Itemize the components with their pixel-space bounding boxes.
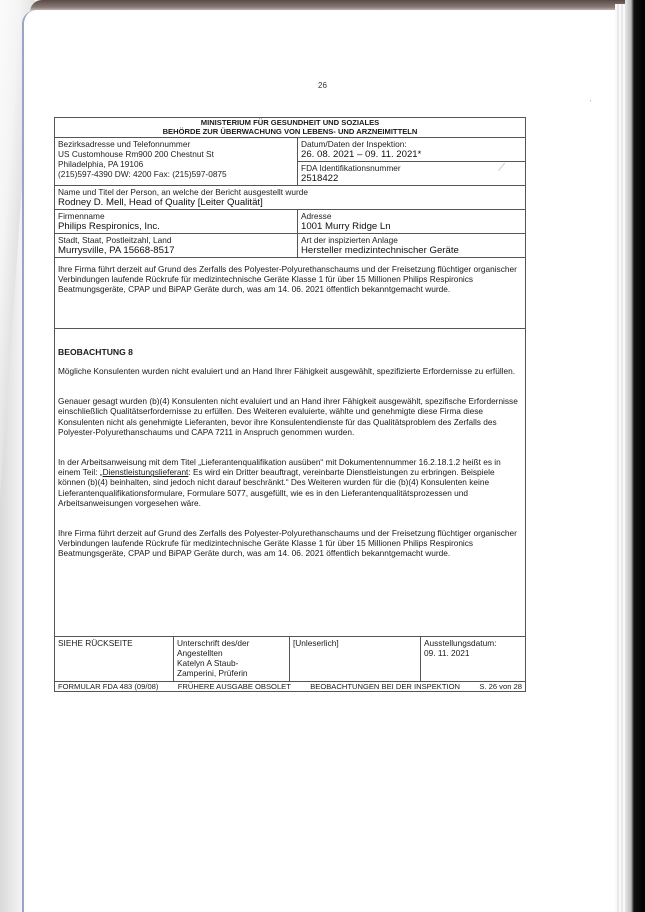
city-label: Stadt, Staat, Postleitzahl, Land — [58, 235, 294, 245]
employee-cell: Unterschrift des/der Angestellten Kately… — [174, 637, 290, 681]
recipient-cell: Name und Titel der Person, an welche der… — [55, 186, 525, 209]
district-line-2: Philadelphia, PA 19106 — [58, 159, 294, 169]
obsolete-notice: FRÜHERE AUSGABE OBSOLET — [178, 682, 291, 691]
district-label: Bezirksadresse und Telefonnummer — [58, 139, 294, 149]
firm-cell: Firmenname Philips Respironics, Inc. — [55, 210, 298, 233]
observation-title: BEOBACHTUNG 8 — [58, 347, 522, 357]
fda-483-form: MINISTERIUM FÜR GESUNDHEIT UND SOZIALES … — [54, 117, 526, 692]
district-row: Bezirksadresse und Telefonnummer US Cust… — [55, 138, 525, 186]
recipient-row: Name und Titel der Person, an welche der… — [55, 186, 525, 210]
address-label: Adresse — [301, 211, 522, 221]
signature-value: [Unleserlich] — [293, 638, 417, 648]
employee-label-1: Unterschrift des/der — [177, 638, 286, 648]
signature-row: SIEHE RÜCKSEITE Unterschrift des/der Ang… — [55, 637, 525, 682]
fda-id-label: FDA Identifikationsnummer — [301, 163, 522, 173]
issue-date-value: 09. 11. 2021 — [424, 648, 522, 658]
inspection-info-cell: Datum/Daten der Inspektion: 26. 08. 2021… — [298, 138, 525, 185]
scan-mark: ' — [590, 100, 591, 107]
facility-type-label: Art der inspizierten Anlage — [301, 235, 522, 245]
district-line-1: US Customhouse Rm900 200 Chestnut St — [58, 149, 294, 159]
district-address-cell: Bezirksadresse und Telefonnummer US Cust… — [55, 138, 298, 185]
signature-cell: [Unleserlich] — [290, 637, 421, 681]
observation-paragraph-1: Mögliche Konsulenten wurden nicht evalui… — [58, 366, 522, 376]
facility-type-value: Hersteller medizintechnischer Geräte — [301, 245, 522, 256]
address-value: 1001 Murry Ridge Ln — [301, 221, 522, 232]
binding-shadow — [625, 0, 645, 912]
intro-paragraph: Ihre Firma führt derzeit auf Grund des Z… — [55, 258, 525, 329]
firm-label: Firmenname — [58, 211, 294, 221]
observation-paragraph-2: Genauer gesagt wurden (b)(4) Konsulenten… — [58, 396, 522, 437]
form-footer: FORMULAR FDA 483 (09/08) FRÜHERE AUSGABE… — [55, 682, 525, 691]
firm-value: Philips Respironics, Inc. — [58, 221, 294, 232]
employee-name-1: Katelyn A Staub- — [177, 658, 286, 668]
footer-page: S. 26 von 28 — [479, 682, 522, 691]
observation-paragraph-4: Ihre Firma führt derzeit auf Grund des Z… — [58, 528, 522, 559]
recipient-value: Rodney D. Mell, Head of Quality [Leiter … — [58, 197, 522, 208]
city-value: Murrysville, PA 15668-8517 — [58, 245, 294, 256]
city-cell: Stadt, Staat, Postleitzahl, Land Murrysv… — [55, 234, 298, 257]
issue-date-cell: Ausstellungsdatum: 09. 11. 2021 — [421, 637, 525, 681]
service-supplier-term: Dienstleistungslieferant — [103, 467, 189, 477]
district-line-3: (215)597-4390 DW: 4200 Fax: (215)597-087… — [58, 169, 294, 179]
ministry-line-2: BEHÖRDE ZUR ÜBERWACHUNG VON LEBENS- UND … — [55, 128, 525, 137]
observation-section: BEOBACHTUNG 8 Mögliche Konsulenten wurde… — [55, 347, 525, 637]
city-row: Stadt, Staat, Postleitzahl, Land Murrysv… — [55, 234, 525, 258]
recipient-label: Name und Titel der Person, an welche der… — [58, 187, 522, 197]
see-reverse-label: SIEHE RÜCKSEITE — [58, 638, 170, 648]
employee-label-2: Angestellten — [177, 648, 286, 658]
footer-title: BEOBACHTUNGEN BEI DER INSPEKTION — [310, 682, 460, 691]
see-reverse-cell: SIEHE RÜCKSEITE — [55, 637, 174, 681]
ministry-header: MINISTERIUM FÜR GESUNDHEIT UND SOZIALES … — [55, 118, 525, 138]
page-number: 26 — [0, 81, 645, 90]
employee-name-2: Zamperini, Prüferin — [177, 668, 286, 678]
facility-type-cell: Art der inspizierten Anlage Hersteller m… — [298, 234, 525, 257]
fda-id-value: 2518422 — [301, 173, 522, 184]
address-cell: Adresse 1001 Murry Ridge Ln — [298, 210, 525, 233]
inspection-dates-value: 26. 08. 2021 – 09. 11. 2021* — [301, 149, 522, 160]
inspection-dates-cell: Datum/Daten der Inspektion: 26. 08. 2021… — [298, 138, 525, 162]
inspection-dates-label: Datum/Daten der Inspektion: — [301, 139, 522, 149]
form-id: FORMULAR FDA 483 (09/08) — [58, 682, 158, 691]
issue-date-label: Ausstellungsdatum: — [424, 638, 522, 648]
fda-id-cell: FDA Identifikationsnummer 2518422 — [298, 162, 525, 185]
observation-paragraph-3: In der Arbeitsanweisung mit dem Titel „L… — [58, 457, 522, 508]
firm-row: Firmenname Philips Respironics, Inc. Adr… — [55, 210, 525, 234]
